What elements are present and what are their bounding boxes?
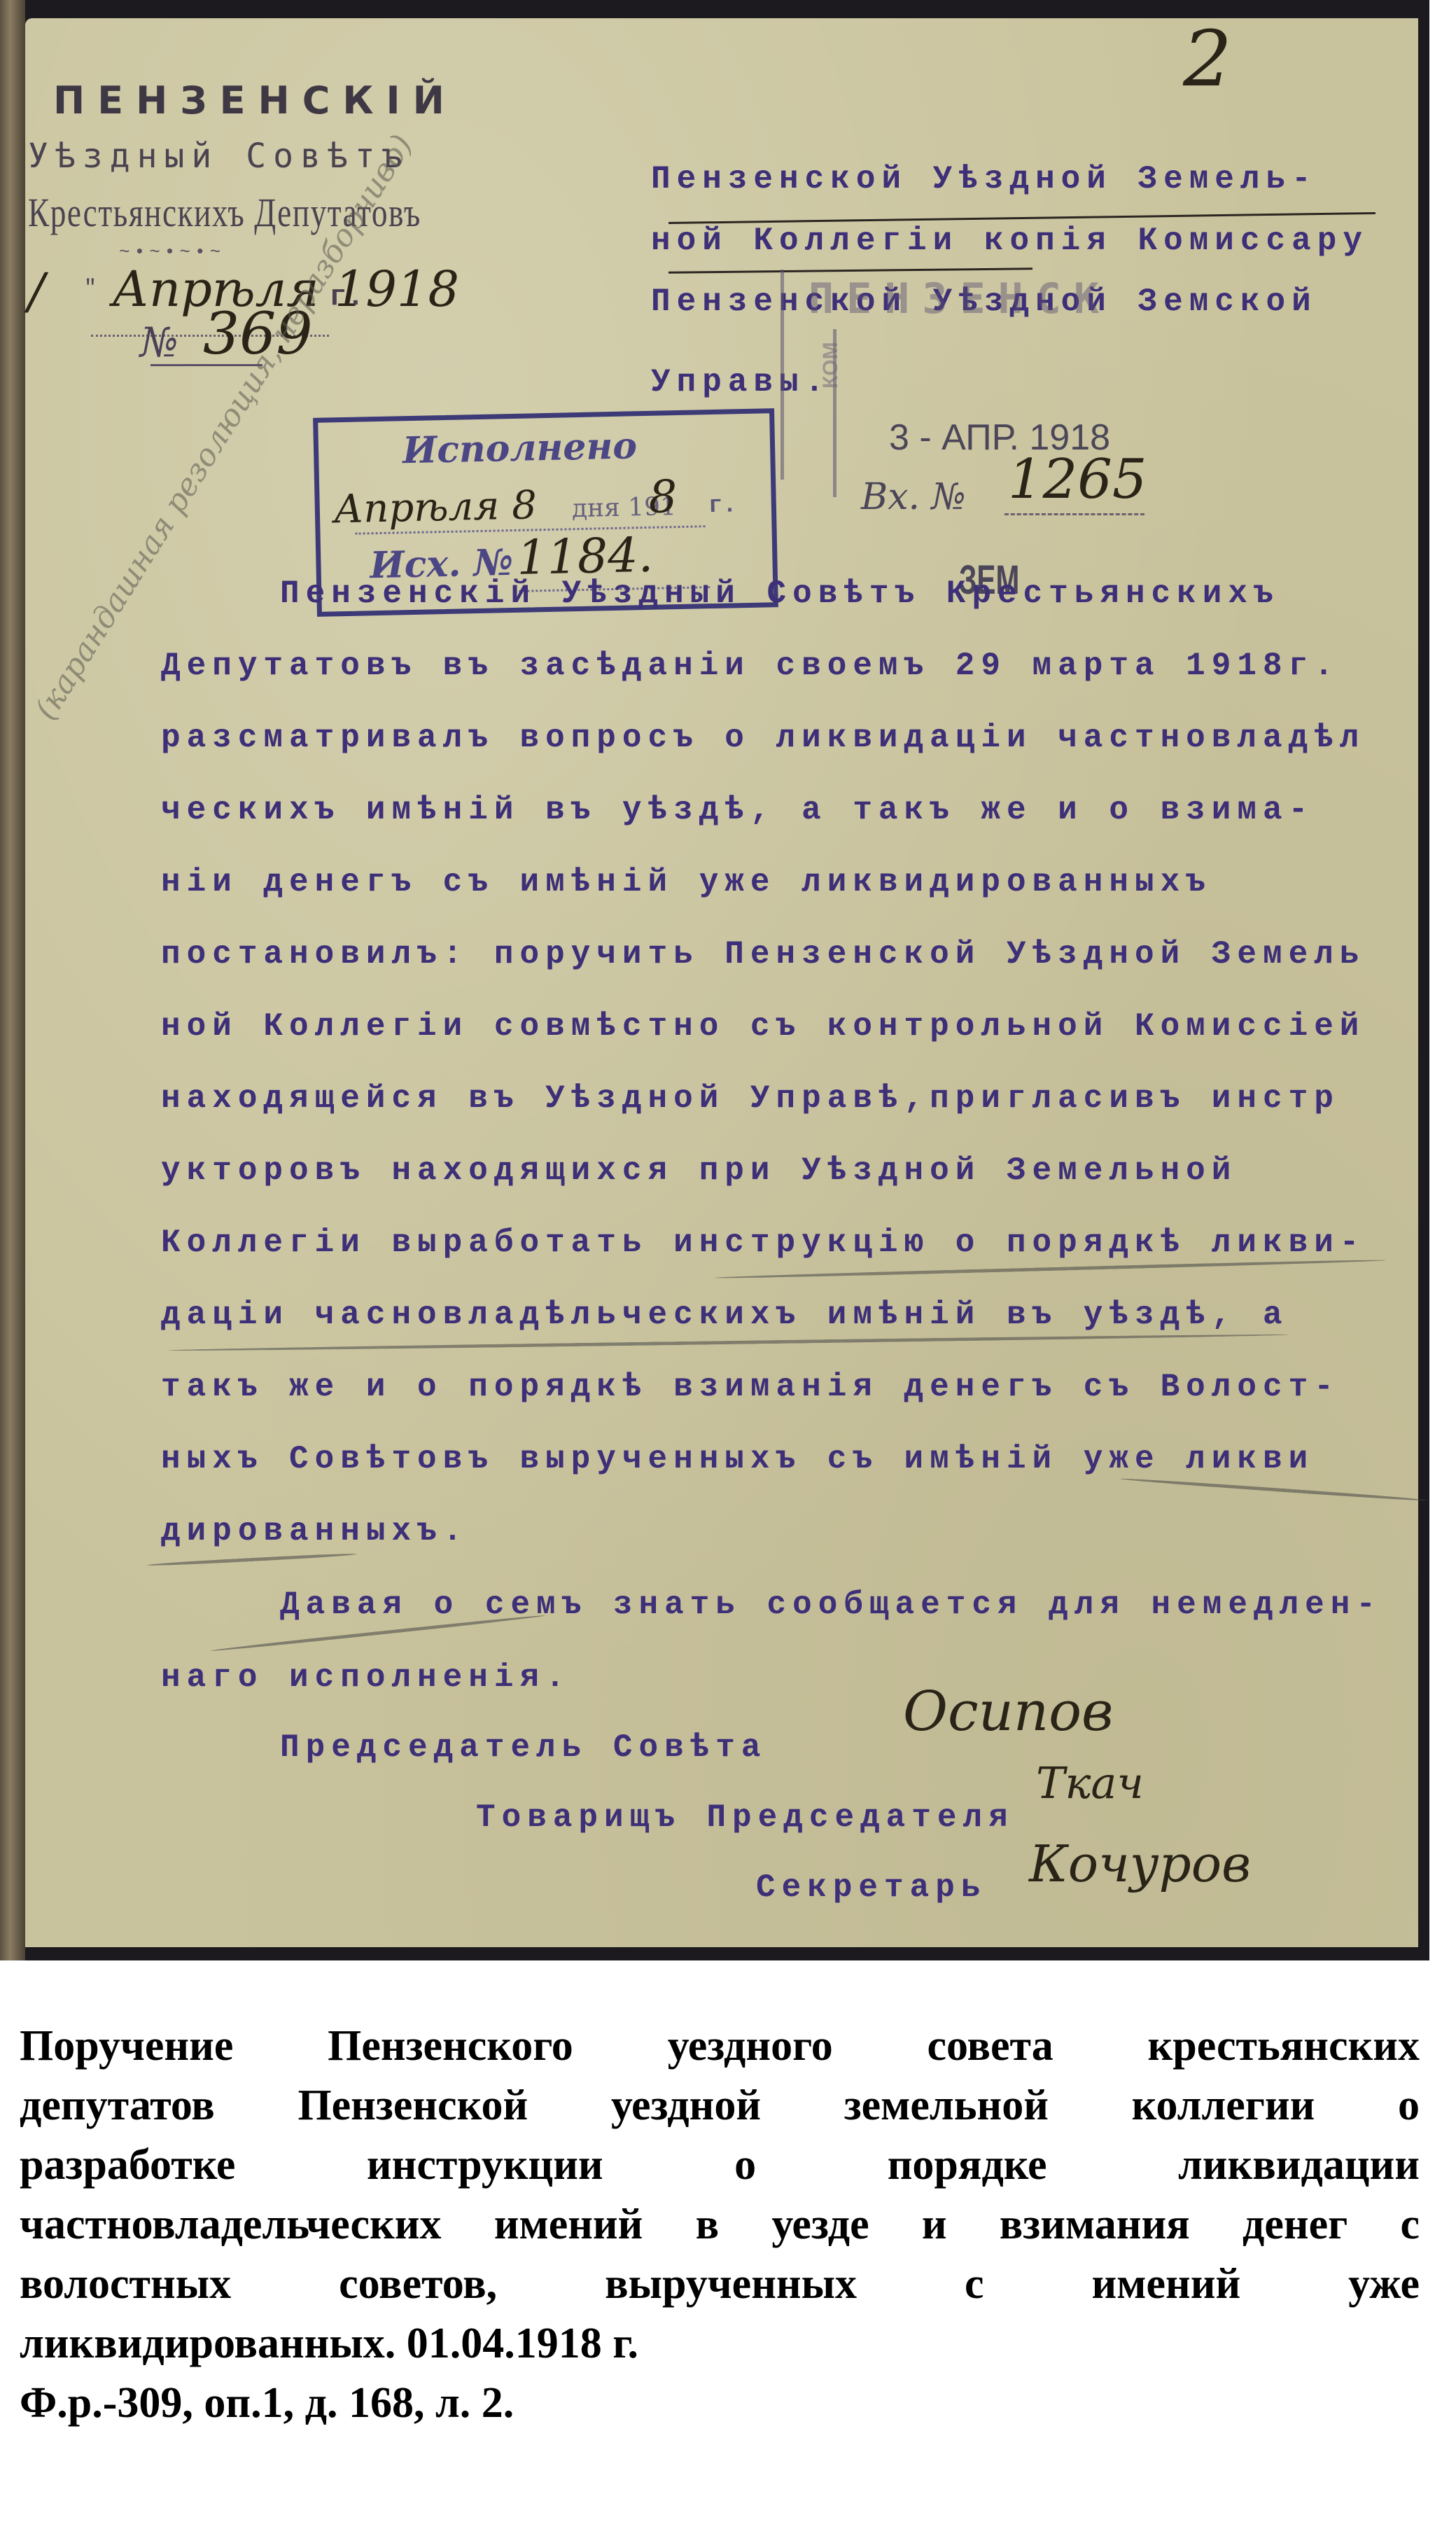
executed-date-handwritten: Апрѣля 8 [333,482,537,532]
incoming-number-line [1004,513,1144,515]
received-stamp-header: ПЕНЗЕНСК [808,274,1112,323]
archival-document-scan: 2 ПЕНЗЕНСКІЙ Уѣздный Совѣтъ Крестьянских… [0,0,1429,1960]
closing-line: наго исполненія. [161,1659,571,1696]
date-year-suffix: г. [329,280,364,314]
page-number: 2 [1183,14,1232,104]
body-line: Пензенскій Уѣздный Совѣтъ Крестьянскихъ [280,576,1280,612]
signature-deputy: Ткач [1036,1757,1144,1809]
signatory-title: Товарищъ Председателя [476,1799,1014,1836]
number-label: № [140,319,178,366]
signatory-title: Председатель Совѣта [280,1729,767,1766]
body-line: ныхъ Совѣтовъ вырученныхъ съ имѣній уже … [161,1441,1314,1477]
executed-year-digit: 8 [648,471,678,524]
closing-line: Давая о семъ знать сообщается для немедл… [280,1587,1382,1623]
body-line: находящейся въ Уѣздной Управѣ,пригласивъ… [161,1080,1340,1117]
body-line: ніи денегъ съ имѣній уже ликвидированных… [161,864,1212,900]
incoming-number-label: Вх. № [861,476,966,518]
caption-line: ликвидированных. 01.04.1918 г. [20,2314,1420,2374]
executed-year-suffix: г. [708,492,737,520]
addressee-line: ной Коллегіи копія Комиссару [651,223,1368,259]
binder-edge [0,0,25,1960]
body-line: укторовъ находящихся при Уѣздной Земельн… [161,1152,1237,1189]
caption-line: депутатов Пензенской уездной земельной к… [20,2076,1420,2136]
date-quote: " [84,277,97,300]
caption-line: волостных советов, вырученных с имений у… [20,2255,1420,2314]
ornament-divider: ~•~•~•~ [119,242,225,263]
body-line: Депутатовъ въ засѣданіи своемъ 29 марта … [161,648,1340,684]
archive-reference: Ф.р.-309, оп.1, д. 168, л. 2. [20,2374,1420,2433]
body-line: ческихъ имѣній въ уѣздѣ, а такъ же и о в… [161,792,1314,828]
caption-line: Поручение Пензенского уездного совета кр… [20,2016,1420,2076]
body-line: такъ же и о порядкѣ взиманія денегъ съ В… [161,1369,1340,1405]
addressee-line: Управы. [651,364,830,400]
signature-secretary: Кочуров [1029,1834,1251,1893]
letterhead-title: ПЕНЗЕНСКІЙ [53,78,457,123]
addressee-line: Пензенской Уѣздной Земель- [651,161,1317,197]
body-line: постановилъ: поручить Пензенской Уѣздной… [161,936,1365,973]
caption-line: разработке инструкции о порядке ликвидац… [20,2136,1420,2195]
date-slash: / [28,263,45,320]
body-line: разсматривалъ вопросъ о ликвидаціи частн… [161,720,1365,756]
received-stamp-side-text: КОМ [819,342,843,389]
body-line: Коллегіи выработать инструкцію о порядкѣ… [161,1225,1365,1261]
stamp-border [780,270,784,480]
signatory-title: Секретарь [756,1869,986,1906]
body-line: ной Коллегіи совмѣстно съ контрольной Ко… [161,1008,1365,1045]
body-line: дированныхъ. [161,1513,468,1549]
body-line: даціи часновладѣльческихъ имѣній въ уѣзд… [161,1297,1289,1333]
caption-line: частновладельческих имений в уезде и взи… [20,2195,1420,2255]
executed-stamp-title: Исполнено [402,424,637,472]
incoming-number-handwritten: 1265 [1008,448,1147,511]
signature-chairman: Осипов [903,1680,1113,1743]
letterhead-subtitle: Уѣздный Совѣтъ [28,137,409,176]
document-caption: Поручение Пензенского уездного совета кр… [20,2016,1420,2433]
